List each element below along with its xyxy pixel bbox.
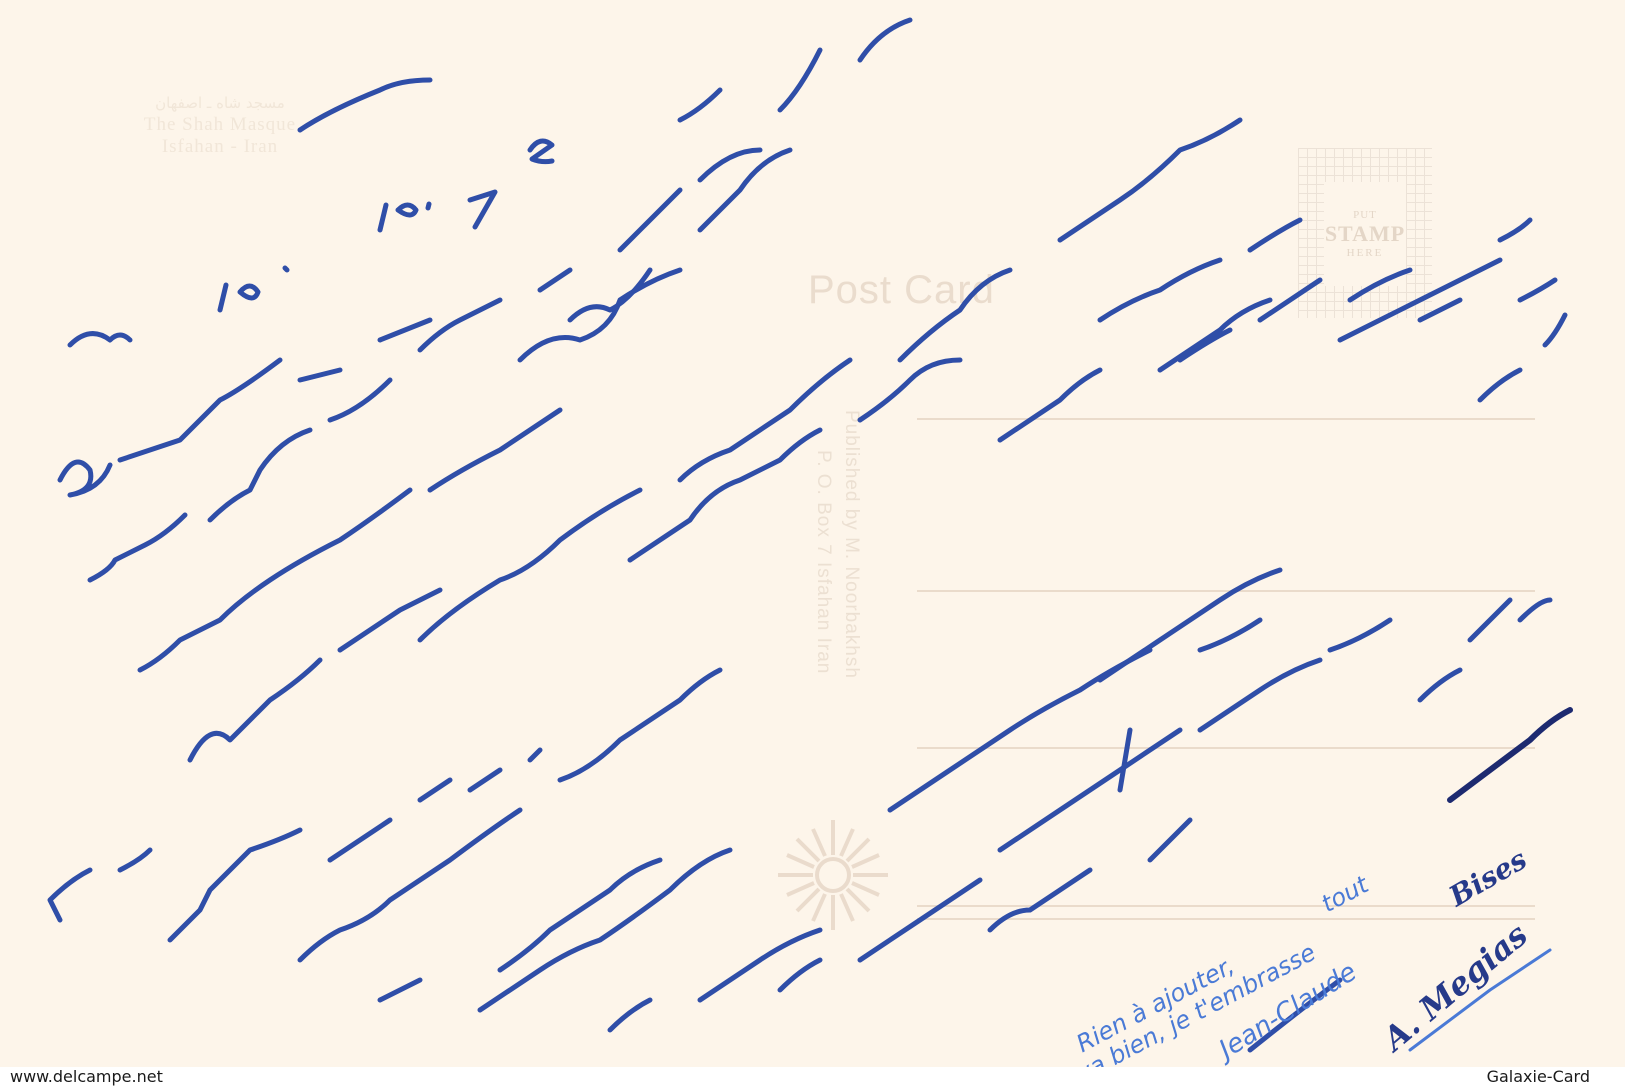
footer-watermark-right: Galaxie-Card <box>1487 1067 1590 1086</box>
footer-watermark-left: www.delcampe.net <box>10 1067 163 1086</box>
postcard-back: مسجد شاه ـ اصفهان The Shah Masque Isfaha… <box>0 0 1625 1067</box>
footer: www.delcampe.net Galaxie-Card <box>0 1067 1625 1087</box>
handwriting-strokes <box>0 0 1625 1067</box>
